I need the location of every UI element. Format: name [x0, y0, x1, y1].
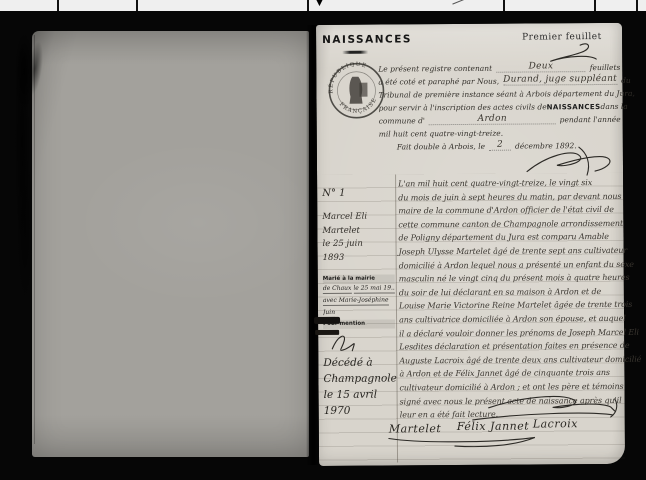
- act-number: N° 1: [322, 187, 394, 199]
- filmstrip-divider: [57, 0, 59, 11]
- print-text: feuillets: [590, 63, 621, 72]
- child-surname: Martelet: [322, 224, 394, 238]
- print-text: a été coté et paraphé par Nous,: [378, 77, 499, 87]
- death-note-line: Décédé à: [323, 354, 395, 371]
- microfilm-frame: ▼ NAISSANCES Premier feuillet RÉPUBLIQUE: [0, 0, 646, 480]
- birth-date: le 25 juin: [322, 238, 394, 252]
- preamble-line: mil huit cent quatre-vingt-treize.: [379, 124, 621, 139]
- print-text: pour servir à l'inscription des actes ci…: [379, 102, 547, 112]
- filmstrip-divider: [503, 0, 505, 11]
- left-blank-page: [32, 31, 309, 457]
- filmstrip-divider: [636, 0, 638, 11]
- preamble-line: commune d' Ardon pendant l'année: [379, 111, 621, 126]
- filmstrip-header: ▼: [0, 0, 646, 11]
- register-page: NAISSANCES Premier feuillet RÉPUBLIQUE F…: [316, 23, 625, 466]
- ink-blot: [314, 317, 340, 324]
- film-scratch-mark: [452, 0, 465, 5]
- birth-year: 1893: [323, 251, 395, 265]
- handwritten-day: 2: [489, 141, 511, 151]
- filmstrip-divider: [307, 0, 309, 11]
- print-text: Tribunal de première instance séant à Ar…: [378, 89, 634, 100]
- print-text: Le présent registre contenant: [378, 64, 492, 74]
- preamble-line: Le présent registre contenant Deux feuil…: [378, 59, 620, 74]
- margin-child-identity: Marcel Eli Martelet le 25 juin 1893: [322, 210, 394, 265]
- print-text: mil huit cent quatre-vingt-treize.: [379, 129, 503, 139]
- print-text: dans la: [600, 102, 627, 111]
- handwritten-commune: Ardon: [429, 114, 556, 125]
- ornament-rule: [342, 51, 368, 54]
- child-name: Marcel Eli: [322, 210, 394, 224]
- frame-marker-icon: ▼: [316, 0, 323, 9]
- print-naissances-bold: NAISSANCES: [547, 103, 601, 111]
- preamble-line: pour servir à l'inscription des actes ci…: [379, 98, 621, 113]
- print-text: pendant l'année: [560, 115, 621, 124]
- stamp-handwriting: le 25 mai 19..: [353, 283, 395, 293]
- death-note-line: 1970: [324, 402, 396, 419]
- print-text: commune d': [379, 116, 425, 125]
- print-text: du: [621, 76, 631, 85]
- printed-preamble: Le présent registre contenant Deux feuil…: [378, 59, 621, 152]
- death-note-line: Champagnole: [323, 370, 395, 387]
- filmstrip-divider: [136, 0, 138, 11]
- death-margin-note: Décédé à Champagnole le 15 avril 1970: [323, 354, 395, 419]
- death-note-line: le 15 avril: [324, 386, 396, 403]
- preamble-line: a été coté et paraphé par Nous, Durand, …: [378, 72, 620, 87]
- stamp-handwriting: avec Marie-Joséphine: [323, 296, 389, 306]
- mention-initials-paraph: [326, 331, 366, 355]
- signature-witness: Lacroix: [533, 417, 578, 430]
- print-text: Fait double à Arbois, le: [397, 142, 485, 152]
- handwritten-sheet-count: Deux: [496, 62, 586, 73]
- register-section-label: NAISSANCES: [322, 33, 412, 46]
- signature-underline-flourish: [385, 431, 595, 450]
- preamble-line: Tribunal de première instance séant à Ar…: [378, 85, 620, 100]
- stamp-handwriting: de Chaux: [323, 284, 352, 294]
- filmstrip-divider: [594, 0, 596, 11]
- handwritten-judge-name: Durand, juge suppléant: [503, 75, 617, 86]
